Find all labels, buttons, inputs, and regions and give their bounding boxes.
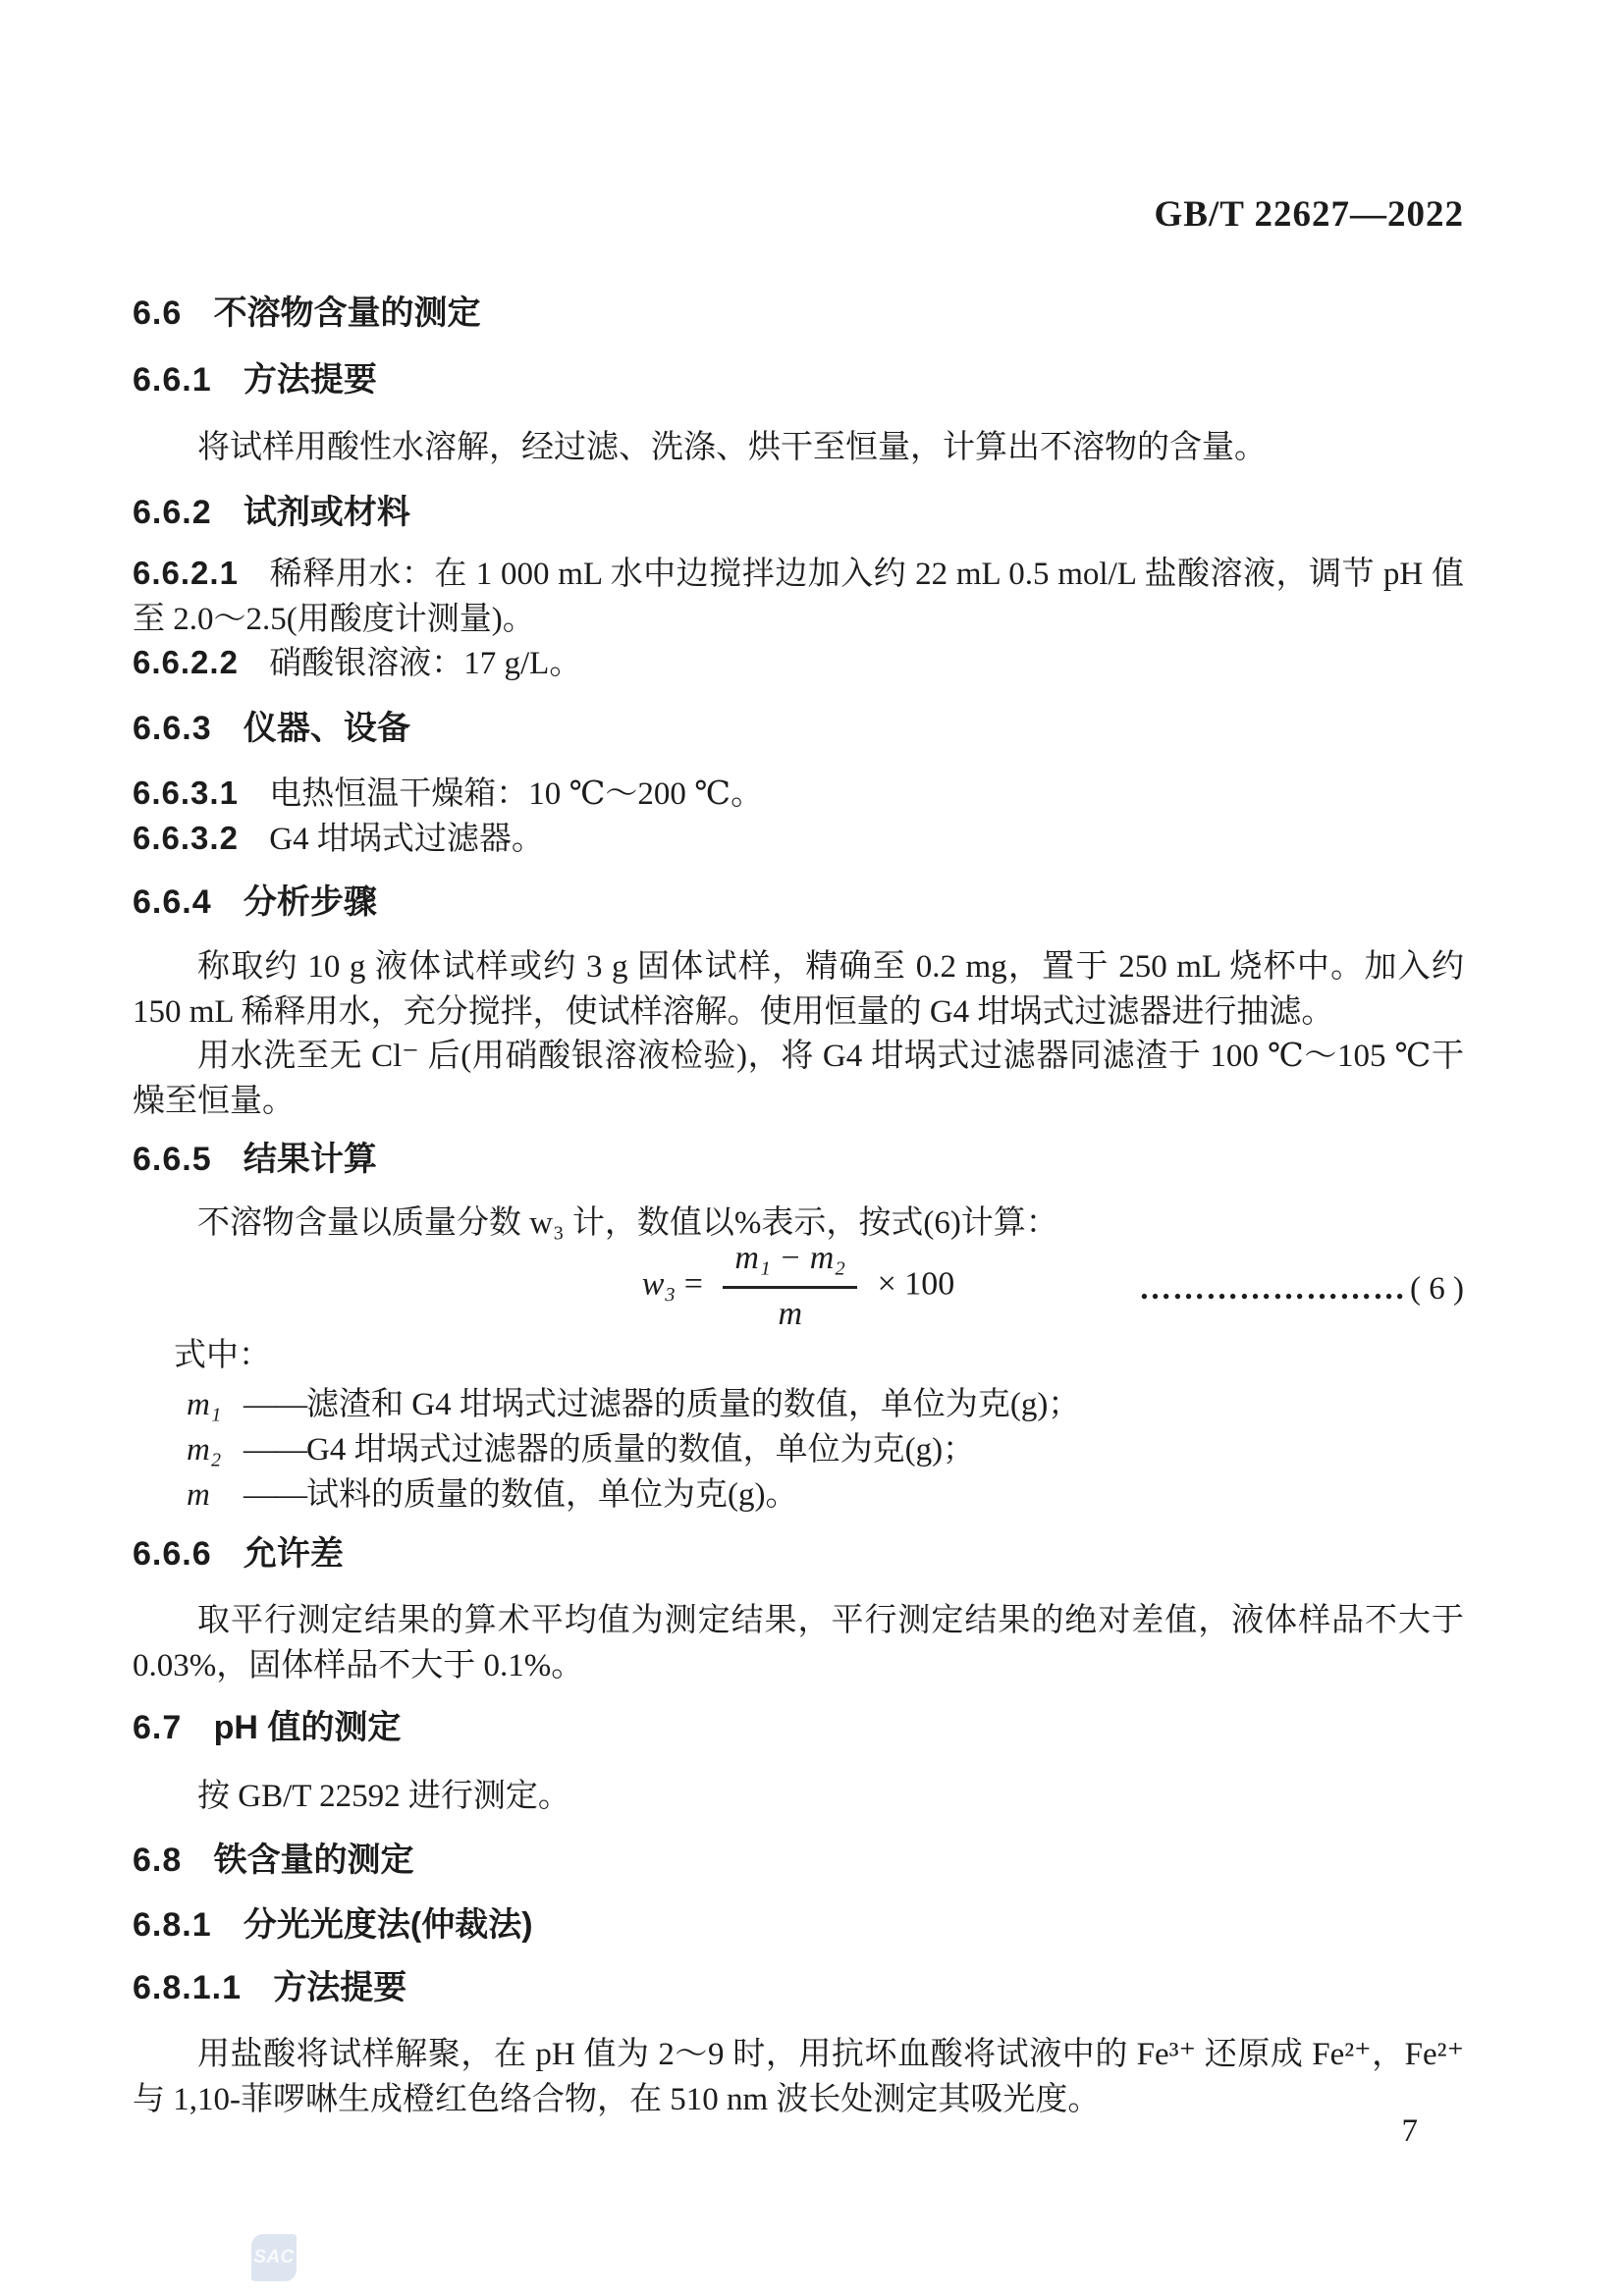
clause-heading-6-7: 6.7pH 值的测定 (133, 1705, 1464, 1750)
clause-title: 试剂或材料 (244, 494, 410, 531)
equation-6: w₃ = m₁ − m₂ m × 100 ……………………( 6 ) (133, 1239, 1464, 1347)
clause-number: 6.6.4 (133, 883, 212, 921)
clause-title: 仪器、设备 (244, 710, 410, 747)
clause-number: 6.6.2.1 (133, 555, 239, 591)
equation-lhs: w₃ (642, 1265, 677, 1302)
clause-title: 分析步骤 (244, 883, 377, 921)
paragraph-6-6-6: 取平行测定结果的算术平均值为测定结果，平行测定结果的绝对差值，液体样品不大于 0… (133, 1598, 1464, 1688)
clause-heading-6-6-3: 6.6.3仪器、设备 (133, 706, 1464, 751)
multiplier: × 100 (878, 1265, 955, 1302)
clause-text: 稀释用水：在 1 000 mL 水中边搅拌边加入约 22 mL 0.5 mol/… (133, 557, 1464, 637)
paragraph-6-6-4-b: 用水洗至无 Cl⁻ 后(用硝酸银溶液检验)，将 G4 坩埚式过滤器同滤渣于 10… (133, 1034, 1464, 1124)
symbol: m (187, 1472, 244, 1518)
fraction: m₁ − m₂ m (723, 1239, 857, 1334)
clause-number: 6.6.2 (133, 494, 212, 531)
fraction-numerator: m₁ − m₂ (723, 1239, 857, 1289)
where-label: 式中： (133, 1333, 1464, 1378)
symbol: m₂ (187, 1427, 244, 1472)
paragraph-text: 用水洗至无 Cl⁻ 后(用硝酸银溶液检验)，将 G4 坩埚式过滤器同滤渣于 10… (133, 1039, 1464, 1119)
clause-number: 6.8.1.1 (133, 1969, 242, 2006)
sac-watermark-logo: SAC (251, 2234, 297, 2281)
paragraph-6-7: 按 GB/T 22592 进行测定。 (133, 1774, 1464, 1819)
clause-title: 允许差 (244, 1535, 344, 1573)
clause-number: 6.6.5 (133, 1141, 212, 1178)
clause-heading-6-6: 6.6不溶物含量的测定 (133, 291, 1464, 336)
symbol-list: m₁——滤渣和 G4 坩埚式过滤器的质量的数值，单位为克(g)； m₂——G4 … (133, 1382, 1464, 1518)
symbol-description: 试料的质量的数值，单位为克(g)。 (306, 1472, 797, 1518)
symbol-row: m₁——滤渣和 G4 坩埚式过滤器的质量的数值，单位为克(g)； (187, 1382, 1464, 1427)
clause-item-6-6-2-2: 6.6.2.2硝酸银溶液：17 g/L。 (133, 640, 1464, 686)
paragraph-text: 按 GB/T 22592 进行测定。 (197, 1779, 570, 1814)
clause-number: 6.6.6 (133, 1535, 212, 1573)
page-number: 7 (133, 2109, 1464, 2154)
clause-text: 电热恒温干燥箱：10 ℃～200 ℃。 (269, 776, 763, 812)
clause-heading-6-8: 6.8铁含量的测定 (133, 1838, 1464, 1883)
clause-number: 6.7 (133, 1709, 182, 1746)
fraction-denominator: m (723, 1289, 857, 1334)
clause-number: 6.8.1 (133, 1906, 212, 1944)
clause-title: 方法提要 (273, 1969, 406, 2006)
clause-item-6-6-3-1: 6.6.3.1电热恒温干燥箱：10 ℃～200 ℃。 (133, 771, 1464, 817)
dot-leader: …………………… (1139, 1271, 1406, 1307)
page-number-text: 7 (1402, 2113, 1419, 2149)
paragraph-6-6-4-a: 称取约 10 g 液体试样或约 3 g 固体试样，精确至 0.2 mg，置于 2… (133, 944, 1464, 1035)
clause-heading-6-6-4: 6.6.4分析步骤 (133, 880, 1464, 925)
clause-heading-6-6-5: 6.6.5结果计算 (133, 1137, 1464, 1182)
clause-heading-6-6-1: 6.6.1方法提要 (133, 357, 1464, 402)
clause-heading-6-8-1-1: 6.8.1.1方法提要 (133, 1965, 1464, 2010)
symbol-dash: —— (244, 1472, 306, 1518)
clause-title: 结果计算 (244, 1141, 377, 1178)
clause-number: 6.6 (133, 294, 182, 332)
symbol-row: m₂——G4 坩埚式过滤器的质量的数值，单位为克(g)； (187, 1427, 1464, 1472)
clause-title: pH 值的测定 (214, 1709, 402, 1746)
clause-item-6-6-3-2: 6.6.3.2G4 坩埚式过滤器。 (133, 816, 1464, 862)
clause-number: 6.6.2.2 (133, 644, 239, 680)
equals-sign: = (684, 1265, 703, 1302)
paragraph-text: 不溶物含量以质量分数 w₃ 计，数值以%表示，按式(6)计算： (197, 1205, 1058, 1241)
symbol-dash: —— (244, 1427, 306, 1472)
clause-number: 6.6.3.2 (133, 820, 239, 856)
clause-title: 分光光度法(仲裁法) (244, 1906, 533, 1944)
doc-code-text: GB/T 22627—2022 (1155, 194, 1465, 235)
doc-code-header: GB/T 22627—2022 (133, 192, 1464, 238)
clause-number: 6.6.3.1 (133, 774, 239, 811)
paragraph-6-6-1: 将试样用酸性水溶解，经过滤、洗涤、烘干至恒量，计算出不溶物的含量。 (133, 425, 1464, 470)
paragraph-text: 将试样用酸性水溶解，经过滤、洗涤、烘干至恒量，计算出不溶物的含量。 (197, 430, 1267, 465)
symbol-description: 滤渣和 G4 坩埚式过滤器的质量的数值，单位为克(g)； (306, 1382, 1080, 1427)
symbol-row: m——试料的质量的数值，单位为克(g)。 (187, 1472, 1464, 1518)
clause-title: 不溶物含量的测定 (214, 294, 481, 332)
clause-heading-6-6-6: 6.6.6允许差 (133, 1531, 1464, 1576)
clause-title: 方法提要 (244, 361, 377, 399)
clause-number: 6.6.3 (133, 710, 212, 747)
clause-text: G4 坩埚式过滤器。 (269, 822, 544, 857)
clause-item-6-6-2-1: 6.6.2.1稀释用水：在 1 000 mL 水中边搅拌边加入约 22 mL 0… (133, 551, 1464, 642)
clause-number: 6.8 (133, 1842, 182, 1879)
clause-text: 硝酸银溶液：17 g/L。 (269, 646, 581, 681)
symbol-description: G4 坩埚式过滤器的质量的数值，单位为克(g)； (306, 1427, 975, 1472)
symbol: m₁ (187, 1382, 244, 1427)
paragraph-text: 称取约 10 g 液体试样或约 3 g 固体试样，精确至 0.2 mg，置于 2… (133, 949, 1464, 1030)
symbol-dash: —— (244, 1382, 306, 1427)
clause-heading-6-8-1: 6.8.1分光光度法(仲裁法) (133, 1902, 1464, 1948)
page-content: GB/T 22627—2022 6.6不溶物含量的测定 6.6.1方法提要 将试… (133, 0, 1464, 2296)
sac-watermark-text: SAC (253, 2247, 295, 2269)
clause-title: 铁含量的测定 (214, 1842, 414, 1879)
equation-number: ( 6 ) (1410, 1271, 1464, 1307)
where-label-text: 式中： (174, 1338, 271, 1373)
equation-leader: ……………………( 6 ) (1139, 1266, 1464, 1311)
paragraph-text: 取平行测定结果的算术平均值为测定结果，平行测定结果的绝对差值，液体样品不大于 0… (133, 1603, 1464, 1683)
document-page: GB/T 22627—2022 6.6不溶物含量的测定 6.6.1方法提要 将试… (0, 0, 1624, 2296)
clause-heading-6-6-2: 6.6.2试剂或材料 (133, 490, 1464, 535)
clause-number: 6.6.1 (133, 361, 212, 399)
paragraph-text: 用盐酸将试样解聚，在 pH 值为 2～9 时，用抗坏血酸将试液中的 Fe³⁺ 还… (133, 2037, 1464, 2117)
